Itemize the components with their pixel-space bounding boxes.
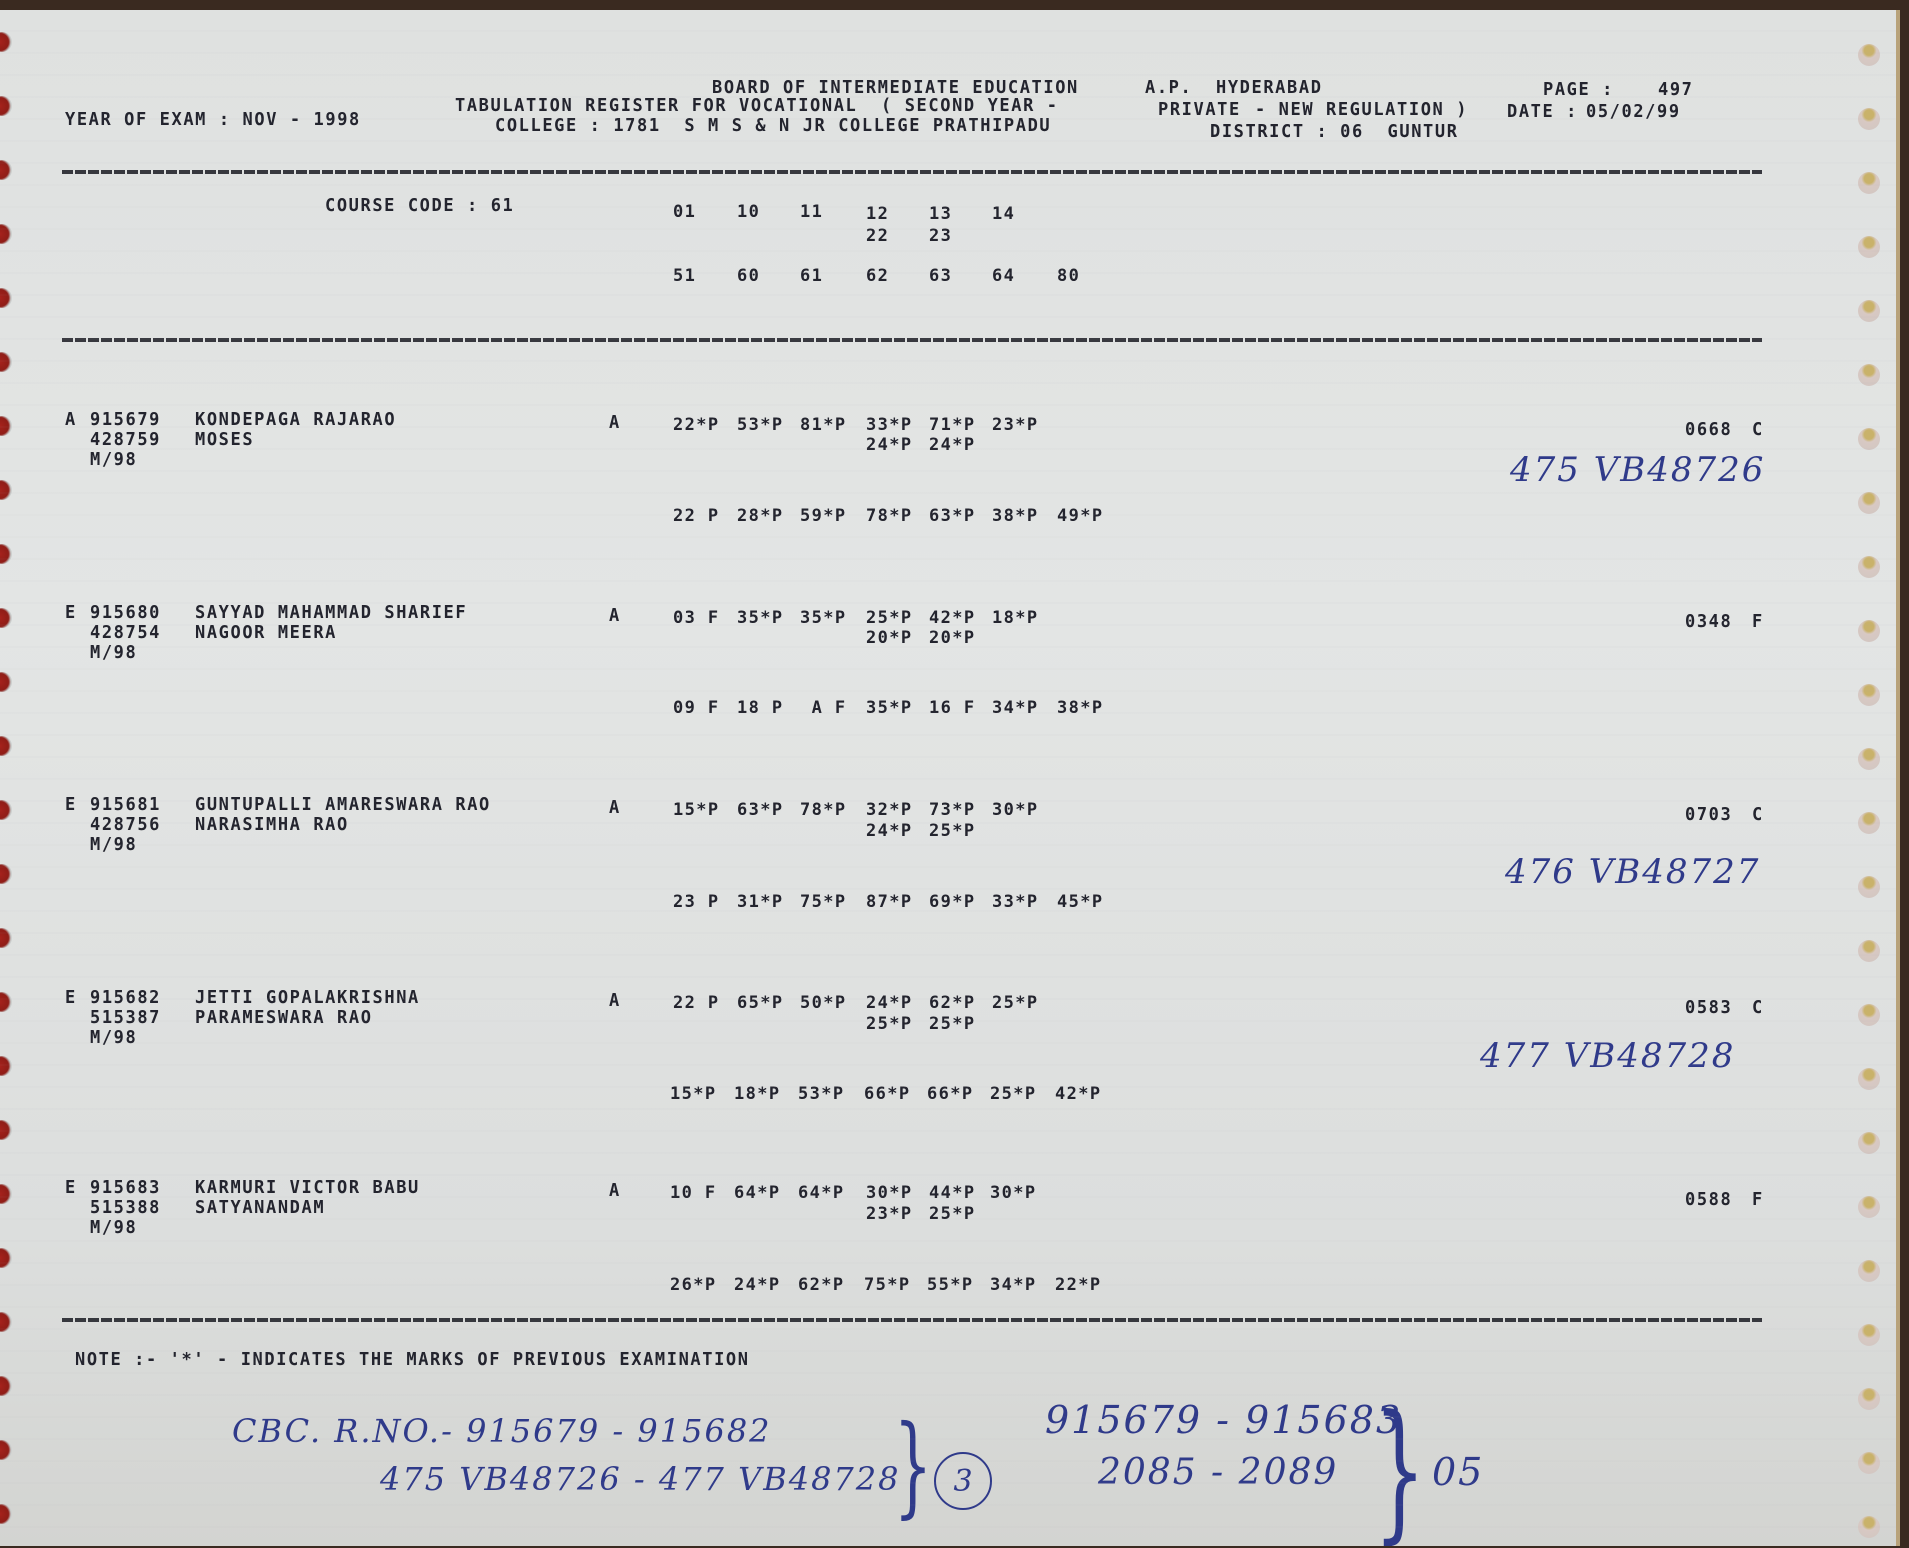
subject-code: 64 [992,266,1015,286]
mark: 15*P [673,800,720,820]
punch-hole-icon [1858,364,1880,386]
roll-number: 915680 [90,603,161,624]
record-category: E [65,988,77,1009]
exam-session: M/98 [90,450,137,471]
subject-code: 62 [866,266,889,286]
mark: 64*P [798,1183,845,1203]
handwritten-serial: 477 VB48728 [1480,1036,1735,1076]
district-info: DISTRICT : 06 GUNTUR [1210,122,1459,143]
total-marks: 0668 [1685,420,1732,441]
record-category: A [65,410,77,431]
student-name: GUNTUPALLI AMARESWARA RAO [195,795,491,816]
mark: 71*P [929,415,976,435]
punch-hole-icon [1858,1324,1880,1346]
handwritten-number-range: 2085 - 2089 [1098,1452,1338,1493]
mark: 22 P [673,993,720,1013]
page-label: PAGE : [1543,80,1614,101]
father-name: NARASIMHA RAO [195,815,349,836]
regulation: - NEW REGULATION ) [1255,100,1468,121]
registration-number: 428756 [90,815,161,836]
mark: 42*P [929,608,976,628]
subject-code: 63 [929,266,952,286]
handwritten-serial: 476 VB48727 [1505,852,1760,892]
total-marks: 0348 [1685,612,1732,633]
mark: 75*P [864,1275,911,1295]
mark: 15*P [670,1084,717,1104]
mark: 38*P [992,506,1039,526]
roll-number: 915679 [90,410,161,431]
punch-hole-icon [1858,1452,1880,1474]
student-name: KONDEPAGA RAJARAO [195,410,396,431]
registration-number: 515387 [90,1008,161,1029]
tabulation-register-sheet: BOARD OF INTERMEDIATE EDUCATION A.P. HYD… [0,10,1900,1546]
record-category: E [65,603,77,624]
mark: 35*P [866,698,913,718]
punch-hole-icon [1858,300,1880,322]
mark: 34*P [990,1275,1037,1295]
student-name: SAYYAD MAHAMMAD SHARIEF [195,603,467,624]
medium: A [609,413,621,434]
mark: 25*P [866,1014,913,1034]
record-category: E [65,1178,77,1199]
mark: 34*P [992,698,1039,718]
mark: 63*P [737,800,784,820]
roll-number: 915682 [90,988,161,1009]
punch-hole-icon [1858,940,1880,962]
punch-hole-icon [1858,748,1880,770]
punch-hole-icon [0,288,12,308]
mark: 42*P [1055,1084,1102,1104]
mark: 10 F [670,1183,717,1203]
mark: 66*P [864,1084,911,1104]
mark: 62*P [798,1275,845,1295]
punch-hole-icon [0,1120,12,1140]
subject-code: 22 [866,226,889,246]
punch-hole-icon [1858,1004,1880,1026]
punch-hole-icon [0,992,12,1012]
punch-hole-icon [0,1440,12,1460]
punch-hole-icon [1858,172,1880,194]
year-of-exam: YEAR OF EXAM : NOV - 1998 [65,110,361,131]
punch-hole-icon [0,32,12,52]
mark: A F [800,698,847,718]
brace-icon: } [1373,1396,1425,1546]
mark: 28*P [737,506,784,526]
punch-hole-icon [0,160,12,180]
mark: 30*P [990,1183,1037,1203]
punch-hole-icon [1858,44,1880,66]
subject-code: 13 [929,204,952,224]
print-date: 05/02/99 [1586,102,1681,123]
mark: 18*P [734,1084,781,1104]
punch-hole-icon [0,96,12,116]
subject-code: 11 [800,202,823,222]
punch-hole-icon [1858,1132,1880,1154]
mark: 66*P [927,1084,974,1104]
mark: 18*P [992,608,1039,628]
mark: 33*P [992,892,1039,912]
mark: 26*P [670,1275,717,1295]
punch-hole-icon [0,1184,12,1204]
exam-session: M/98 [90,835,137,856]
mark: 33*P [866,415,913,435]
student-name: JETTI GOPALAKRISHNA [195,988,420,1009]
handwritten-serial: 475 VB48726 [1510,450,1765,490]
mark: 16 F [929,698,976,718]
date-label: DATE : [1507,102,1578,123]
mark: 53*P [798,1084,845,1104]
punch-hole-icon [0,928,12,948]
mark: 24*P [866,435,913,455]
circled-count: 3 [934,1452,992,1510]
student-name: KARMURI VICTOR BABU [195,1178,420,1199]
mark: 78*P [800,800,847,820]
punch-hole-icon [1858,1260,1880,1282]
mark: 38*P [1057,698,1104,718]
mark: 24*P [734,1275,781,1295]
mark: 63*P [929,506,976,526]
result-code: F [1752,612,1764,633]
total-marks: 0588 [1685,1190,1732,1211]
brace-icon: } [894,1410,933,1520]
exam-category: PRIVATE [1158,100,1241,121]
punch-hole-icon [1858,428,1880,450]
punch-hole-icon [1858,1196,1880,1218]
subject-code: 10 [737,202,760,222]
mark: 24*P [866,993,913,1013]
punch-hole-icon [1858,684,1880,706]
separator-line [62,170,1762,174]
college-info: COLLEGE : 1781 S M S & N JR COLLEGE PRAT… [495,116,1051,137]
mark: 03 F [673,608,720,628]
mark: 50*P [800,993,847,1013]
exam-session: M/98 [90,1218,137,1239]
mark: 30*P [992,800,1039,820]
mark: 73*P [929,800,976,820]
mark: 59*P [800,506,847,526]
course-code-label: COURSE CODE : 61 [325,196,514,217]
mark: 31*P [737,892,784,912]
mark: 45*P [1057,892,1104,912]
subject-code: 12 [866,204,889,224]
handwritten-serial-range: 475 VB48726 - 477 VB48728 [380,1460,901,1498]
mark: 25*P [929,1014,976,1034]
mark: 25*P [992,993,1039,1013]
subject-code: 80 [1057,266,1080,286]
footer-note: NOTE :- '*' - INDICATES THE MARKS OF PRE… [75,1350,750,1371]
handwritten-roll-range: 915679 - 915683 [1045,1398,1402,1442]
punch-hole-icon [0,544,12,564]
father-name: MOSES [195,430,254,451]
mark: 09 F [673,698,720,718]
roll-number: 915683 [90,1178,161,1199]
punch-hole-icon [1858,876,1880,898]
mark: 20*P [866,628,913,648]
punch-hole-icon [0,1312,12,1332]
registration-number: 428754 [90,623,161,644]
punch-hole-icon [0,416,12,436]
mark: 87*P [866,892,913,912]
subject-code: 01 [673,202,696,222]
mark: 44*P [929,1183,976,1203]
mark: 23 P [673,892,720,912]
total-marks: 0583 [1685,998,1732,1019]
punch-hole-icon [1858,108,1880,130]
punch-hole-icon [0,224,12,244]
punch-hole-icon [0,800,12,820]
handwritten-cbc-range: CBC. R.NO.- 915679 - 915682 [232,1412,772,1450]
result-code: C [1752,420,1764,441]
mark: 64*P [734,1183,781,1203]
mark: 23*P [992,415,1039,435]
punch-hole-icon [1858,1516,1880,1538]
mark: 25*P [866,608,913,628]
punch-hole-icon [0,736,12,756]
mark: 25*P [929,821,976,841]
punch-hole-icon [0,864,12,884]
page-number: 497 [1658,80,1694,101]
subject-code: 14 [992,204,1015,224]
medium: A [609,1181,621,1202]
record-category: E [65,795,77,816]
punch-hole-icon [0,1248,12,1268]
registration-number: 428759 [90,430,161,451]
mark: 35*P [800,608,847,628]
mark: 25*P [929,1204,976,1224]
subject-code: 51 [673,266,696,286]
punch-hole-icon [0,1504,12,1524]
subject-code: 60 [737,266,760,286]
father-name: SATYANANDAM [195,1198,325,1219]
punch-hole-icon [0,608,12,628]
medium: A [609,991,621,1012]
mark: 81*P [800,415,847,435]
handwritten-total-count: 05 [1432,1450,1484,1494]
mark: 22*P [673,415,720,435]
punch-hole-icon [0,480,12,500]
roll-number: 915681 [90,795,161,816]
mark: 30*P [866,1183,913,1203]
result-code: C [1752,805,1764,826]
father-name: PARAMESWARA RAO [195,1008,373,1029]
separator-line [62,1318,1762,1322]
mark: 35*P [737,608,784,628]
punch-hole-icon [1858,620,1880,642]
exam-session: M/98 [90,643,137,664]
result-code: F [1752,1190,1764,1211]
mark: 62*P [929,993,976,1013]
mark: 20*P [929,628,976,648]
mark: 65*P [737,993,784,1013]
mark: 24*P [866,821,913,841]
mark: 22 P [673,506,720,526]
mark: 55*P [927,1275,974,1295]
total-marks: 0703 [1685,805,1732,826]
punch-hole-icon [1858,1068,1880,1090]
mark: 49*P [1057,506,1104,526]
mark: 78*P [866,506,913,526]
mark: 69*P [929,892,976,912]
mark: 24*P [929,435,976,455]
punch-hole-icon [1858,812,1880,834]
medium: A [609,606,621,627]
register-title: TABULATION REGISTER FOR VOCATIONAL ( SEC… [455,96,1059,117]
mark: 25*P [990,1084,1037,1104]
exam-session: M/98 [90,1028,137,1049]
mark: 23*P [866,1204,913,1224]
separator-line [62,338,1762,342]
board-location: A.P. HYDERABAD [1145,78,1323,99]
punch-hole-icon [0,672,12,692]
mark: 18 P [737,698,784,718]
subject-code: 23 [929,226,952,246]
punch-hole-icon [0,1056,12,1076]
punch-hole-icon [0,1376,12,1396]
punch-hole-icon [0,352,12,372]
subject-code: 61 [800,266,823,286]
mark: 22*P [1055,1275,1102,1295]
result-code: C [1752,998,1764,1019]
mark: 53*P [737,415,784,435]
registration-number: 515388 [90,1198,161,1219]
father-name: NAGOOR MEERA [195,623,337,644]
punch-hole-icon [1858,236,1880,258]
medium: A [609,798,621,819]
mark: 75*P [800,892,847,912]
punch-hole-icon [1858,492,1880,514]
mark: 32*P [866,800,913,820]
punch-hole-icon [1858,556,1880,578]
punch-hole-icon [1858,1388,1880,1410]
